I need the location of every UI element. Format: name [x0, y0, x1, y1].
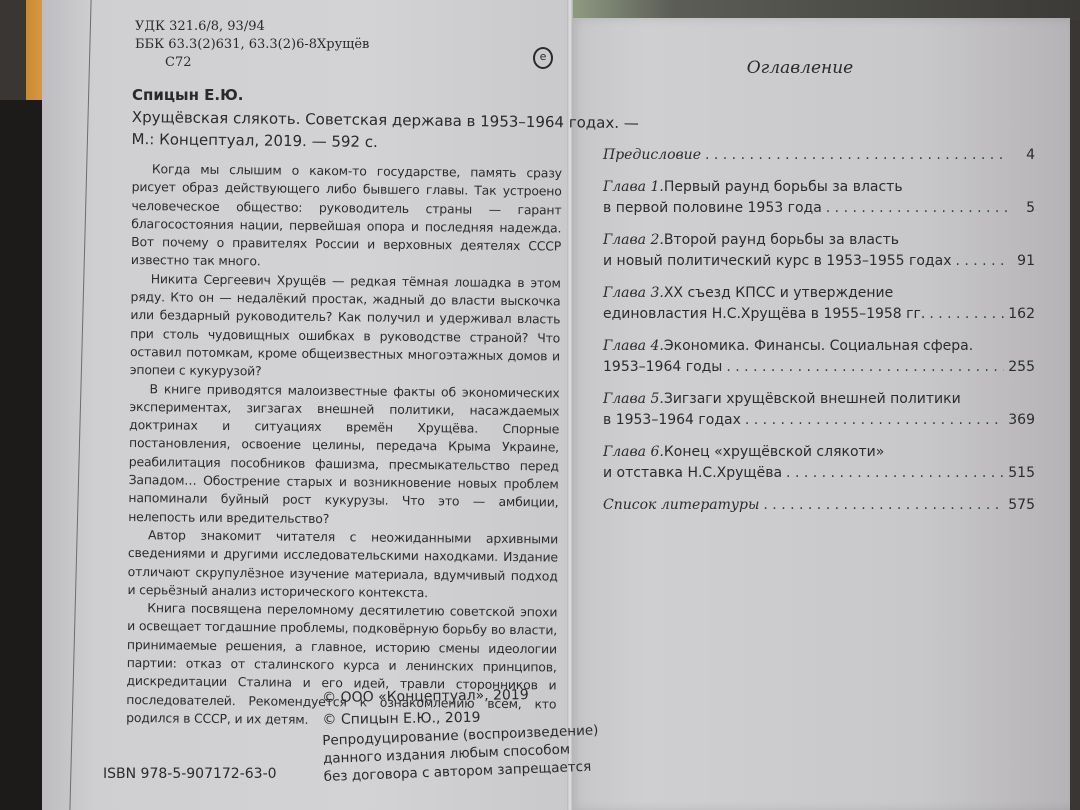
chapter-title-line: и новый политический курс в 1953–1955 го… [603, 251, 951, 272]
leader-dots [929, 304, 1004, 325]
chapter-title-line: в первой половине 1953 года [603, 198, 822, 219]
toc-heading: Оглавление [600, 58, 1000, 78]
page-edge-line [69, 0, 91, 810]
toc-entry-preface[interactable]: Предисловие 4 [603, 145, 1035, 166]
toc-entry-chapter-4[interactable]: Глава 4. Экономика. Финансы. Социальная … [603, 336, 1035, 378]
chapter-title-line: Экономика. Финансы. Социальная сфера. [664, 336, 973, 357]
chapter-title-line: 1953–1964 годы [603, 357, 722, 378]
isbn: ISBN 978-5-907172-63-0 [103, 766, 277, 782]
book-title: Хрущёвская слякоть. Советская держава в … [131, 106, 639, 156]
publisher-logo-icon: е [533, 47, 553, 69]
chapter-number: Глава 3. [603, 283, 664, 304]
toc-entry-chapter-3[interactable]: Глава 3. XX съезд КПСС и утверждение еди… [603, 283, 1035, 325]
toc-page-number: 4 [1013, 145, 1035, 166]
chapter-title-line: XX съезд КПСС и утверждение [664, 283, 893, 304]
annotation-text: Когда мы слышим о каком-то государстве, … [126, 160, 562, 732]
chapter-title-line: Конец «хрущёвской слякоти» [664, 442, 885, 463]
toc-entry-chapter-1[interactable]: Глава 1. Первый раунд борьбы за власть в… [603, 177, 1035, 219]
chapter-title-line: Зигзаги хрущёвской внешней политики [664, 389, 961, 410]
reproduction-notice: Репродуцирование (воспроизведение) данно… [322, 721, 600, 786]
author-mark: С72 [165, 54, 192, 72]
leader-dots [826, 198, 1009, 219]
toc-page-number: 5 [1013, 198, 1035, 219]
udk-code: УДК 321.6/8, 93/94 [135, 18, 265, 36]
chapter-title-line: в 1953–1964 годах [603, 410, 741, 431]
toc-page-number: 369 [1008, 410, 1035, 431]
table-of-contents: Предисловие 4 Глава 1. Первый раунд борь… [603, 145, 1035, 527]
copyright-publisher: © ООО «Концептуал», 2019 [322, 684, 529, 709]
leader-dots [955, 251, 1009, 272]
toc-entry-bibliography[interactable]: Список литературы 575 [603, 495, 1035, 516]
annotation-paragraph: Никита Сергеевич Хрущёв — редкая тёмная … [130, 270, 561, 384]
chapter-number: Глава 1. [603, 177, 664, 198]
annotation-paragraph: Когда мы слышим о каком-то государстве, … [131, 160, 562, 274]
toc-entry-chapter-6[interactable]: Глава 6. Конец «хрущёвской слякоти» и от… [603, 442, 1035, 484]
leader-dots [726, 357, 1004, 378]
leader-dots [763, 495, 1004, 516]
annotation-paragraph: Автор знакомит читателя с неожиданными а… [127, 526, 558, 604]
toc-entry-chapter-2[interactable]: Глава 2. Второй раунд борьбы за власть и… [603, 230, 1035, 272]
bbk-code: ББК 63.3(2)631, 63.3(2)6-8Хрущёв [135, 36, 369, 54]
chapter-title-line: и отставка Н.С.Хрущёва [603, 463, 782, 484]
toc-entry-chapter-5[interactable]: Глава 5. Зигзаги хрущёвской внешней поли… [603, 389, 1035, 431]
toc-entry-label: Предисловие [603, 145, 701, 166]
toc-page-number: 162 [1008, 304, 1035, 325]
chapter-number: Глава 4. [603, 336, 664, 357]
chapter-title-line: Второй раунд борьбы за власть [664, 230, 899, 251]
chapter-title-line: Первый раунд борьбы за власть [664, 177, 903, 198]
chapter-number: Глава 2. [603, 230, 664, 251]
toc-page-number: 255 [1008, 357, 1035, 378]
toc-page-number: 91 [1013, 251, 1035, 272]
book-author: Спицын Е.Ю. [132, 86, 243, 104]
copyright-block: © ООО «Концептуал», 2019 © Спицын Е.Ю., … [322, 684, 529, 731]
chapter-number: Глава 6. [603, 442, 664, 463]
leader-dots [786, 463, 1004, 484]
chapter-title-line: единовластия Н.С.Хрущёва в 1955–1958 гг. [603, 304, 925, 325]
desk-background-dark [0, 100, 45, 810]
chapter-number: Глава 5. [603, 389, 664, 410]
leader-dots [745, 410, 1004, 431]
annotation-paragraph: В книге приводятся малоизвестные факты о… [128, 380, 560, 531]
toc-entry-label: Список литературы [603, 495, 759, 516]
leader-dots [705, 145, 1009, 166]
toc-page-number: 575 [1008, 495, 1035, 516]
background-object-top [572, 0, 1080, 20]
toc-page-number: 515 [1008, 463, 1035, 484]
